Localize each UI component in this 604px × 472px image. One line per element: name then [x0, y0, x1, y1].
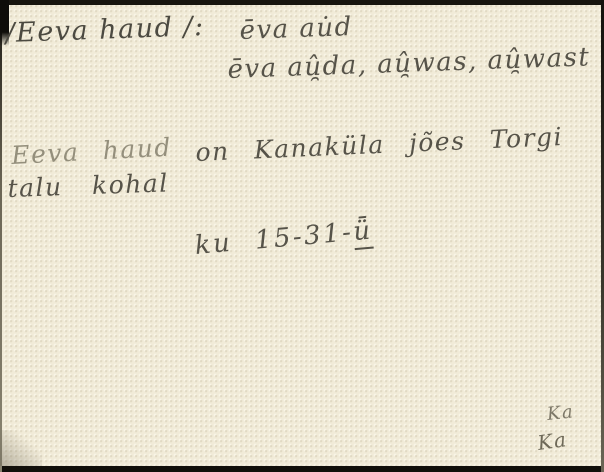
- reference-code-prefix: ku 15-31-: [194, 217, 355, 261]
- scanned-index-card: /Eeva haud /: ēva au̇d ēva aû̯da, aû̯was…: [0, 0, 604, 472]
- corner-mark-bottom: Ka: [536, 429, 568, 453]
- scan-smudge: [0, 430, 42, 466]
- note-line2: talu kohal: [7, 170, 169, 201]
- reference-code: ku 15-31-ǖ: [194, 218, 374, 259]
- headword: /Eeva haud /:: [5, 13, 205, 47]
- phonetic-line-1: ēva au̇d: [239, 14, 353, 44]
- reference-code-suffix: ǖ: [352, 216, 374, 251]
- scan-edge-top: [0, 0, 604, 5]
- scan-edge-bottom: [0, 466, 604, 472]
- note-line1-rest: on Kanaküla jões Torgi: [195, 124, 564, 165]
- corner-mark-top: Ka: [546, 403, 575, 424]
- phonetic-line-2: ēva aû̯da, aû̯was, aû̯wast: [227, 44, 591, 83]
- scan-edge-left: [0, 0, 2, 472]
- note-line1-lead: Eeva haud: [11, 135, 173, 168]
